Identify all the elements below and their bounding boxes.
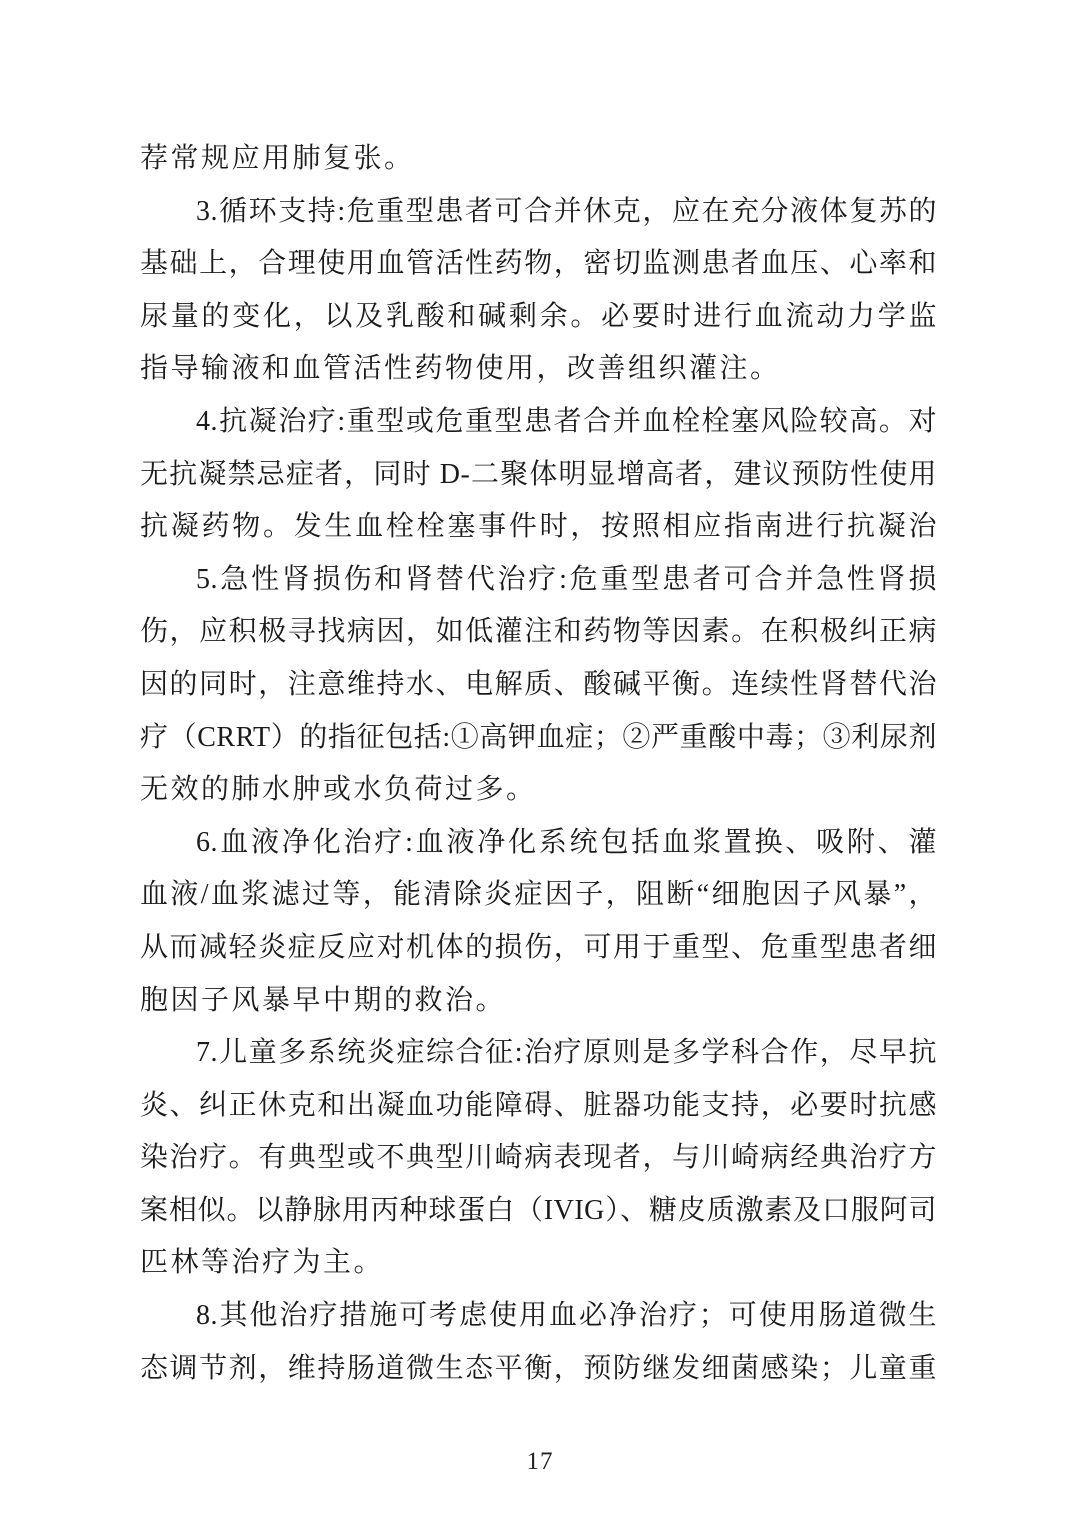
text-line: 5.急性肾损伤和肾替代治疗:危重型患者可合并急性肾损 (140, 554, 937, 607)
text-line: 基础上，合理使用血管活性药物，密切监测患者血压、心率和 (140, 238, 937, 291)
document-page: 荐常规应用肺复张。 3.循环支持:危重型患者可合并休克，应在充分液体复苏的 基础… (0, 0, 1080, 1527)
text-line: 尿量的变化，以及乳酸和碱剩余。必要时进行血流动力学监测， (140, 291, 937, 344)
text-line: 胞因子风暴早中期的救治。 (140, 975, 937, 1028)
text-line: 伤，应积极寻找病因，如低灌注和药物等因素。在积极纠正病 (140, 606, 937, 659)
text-line: 血液/血浆滤过等，能清除炎症因子，阻断“细胞因子风暴”， (140, 869, 937, 922)
text-line: 态调节剂，维持肠道微生态平衡，预防继发细菌感染；儿童重 (140, 1343, 937, 1396)
text-line: 因的同时，注意维持水、电解质、酸碱平衡。连续性肾替代治 (140, 659, 937, 712)
text-line: 4.抗凝治疗:重型或危重型患者合并血栓栓塞风险较高。对 (140, 396, 937, 449)
body-text: 荐常规应用肺复张。 3.循环支持:危重型患者可合并休克，应在充分液体复苏的 基础… (140, 133, 937, 1395)
text-line: 抗凝药物。发生血栓栓塞事件时，按照相应指南进行抗凝治疗。 (140, 501, 937, 554)
text-line: 无效的肺水肿或水负荷过多。 (140, 764, 937, 817)
text-line: 6.血液净化治疗:血液净化系统包括血浆置换、吸附、灌流、 (140, 817, 937, 870)
page-number: 17 (0, 1448, 1080, 1476)
text-line: 疗（CRRT）的指征包括:①高钾血症；②严重酸中毒；③利尿剂 (140, 712, 937, 765)
text-line: 指导输液和血管活性药物使用，改善组织灌注。 (140, 343, 937, 396)
text-line: 无抗凝禁忌症者，同时 D-二聚体明显增高者，建议预防性使用 (140, 449, 937, 502)
text-line: 染治疗。有典型或不典型川崎病表现者，与川崎病经典治疗方 (140, 1132, 937, 1185)
text-line: 匹林等治疗为主。 (140, 1237, 937, 1290)
text-line: 3.循环支持:危重型患者可合并休克，应在充分液体复苏的 (140, 186, 937, 239)
text-line: 7.儿童多系统炎症综合征:治疗原则是多学科合作，尽早抗 (140, 1027, 937, 1080)
text-line: 荐常规应用肺复张。 (140, 133, 937, 186)
text-line: 炎、纠正休克和出凝血功能障碍、脏器功能支持，必要时抗感 (140, 1080, 937, 1133)
text-line: 8.其他治疗措施可考虑使用血必净治疗；可使用肠道微生 (140, 1290, 937, 1343)
text-line: 案相似。以静脉用丙种球蛋白（IVIG）、糖皮质激素及口服阿司 (140, 1185, 937, 1238)
text-line: 从而减轻炎症反应对机体的损伤，可用于重型、危重型患者细 (140, 922, 937, 975)
